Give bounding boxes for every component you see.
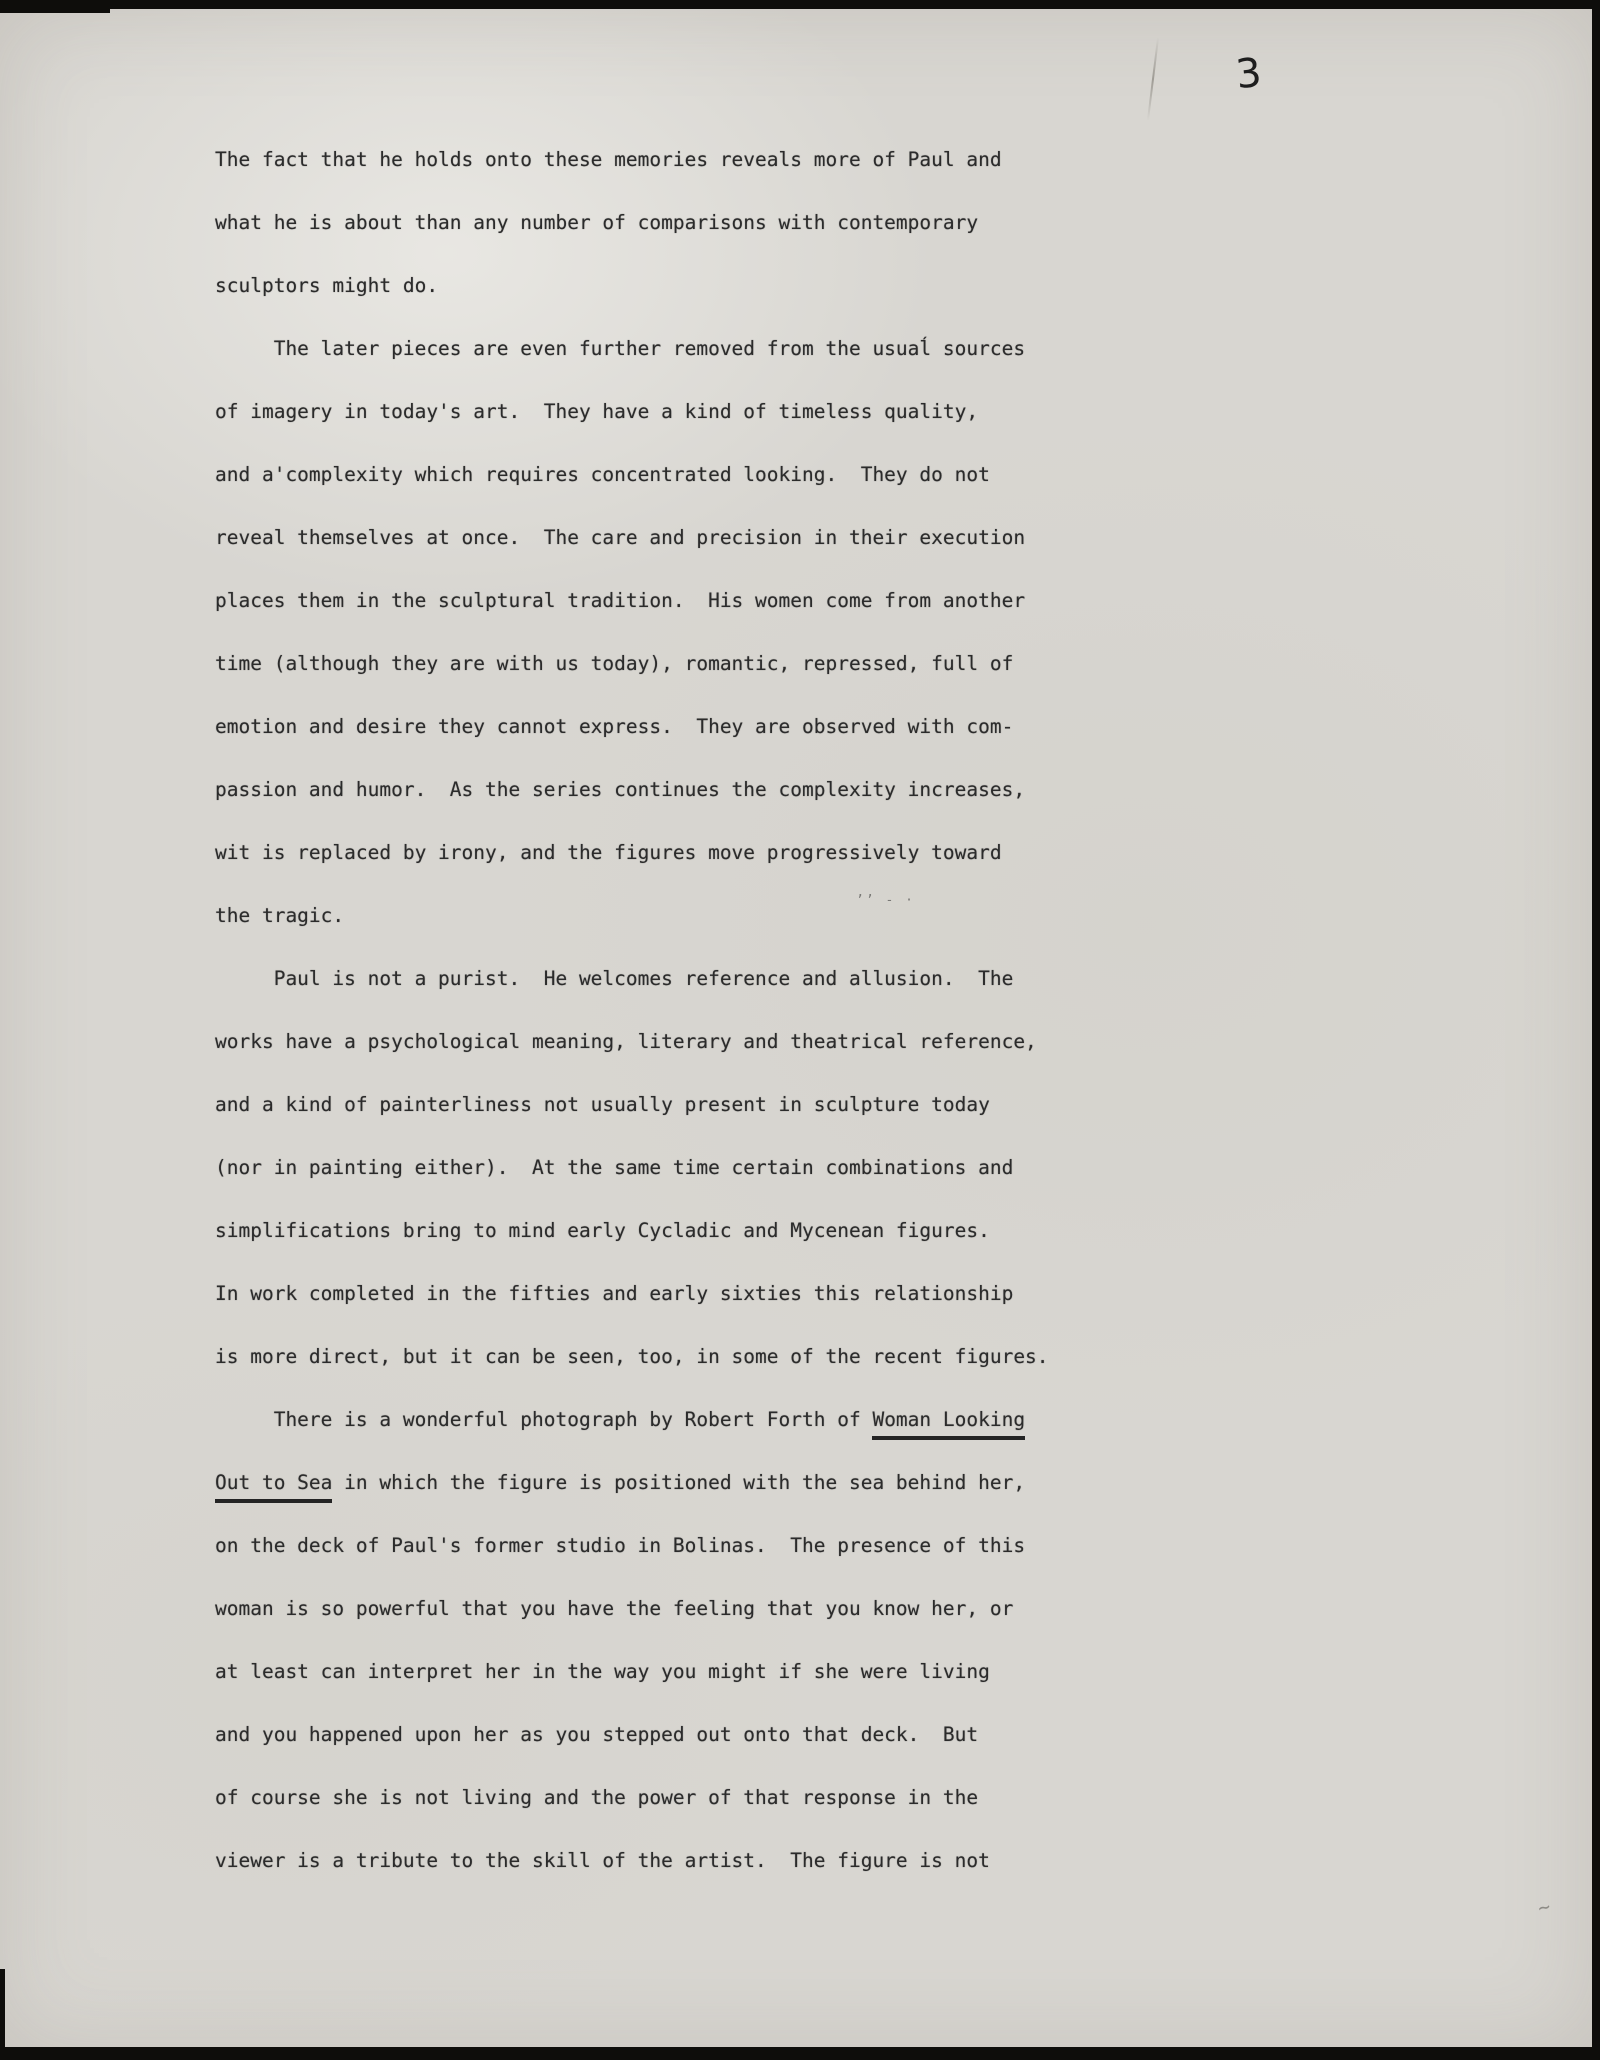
typed-text-segment: works have a psychological meaning, lite… (215, 1030, 1037, 1053)
ink-smudge-mark: ’’ - · (856, 893, 915, 908)
typed-line: The fact that he holds onto these memori… (215, 128, 1049, 191)
typed-text-segment: Paul is not a purist. He welcomes refere… (215, 967, 1013, 990)
typed-text-segment: on the deck of Paul's former studio in B… (215, 1534, 1025, 1557)
typed-text-segment: The later pieces are even further remove… (215, 337, 1025, 360)
typed-text-segment: woman is so powerful that you have the f… (215, 1597, 1013, 1620)
typed-line: There is a wonderful photograph by Rober… (215, 1388, 1049, 1451)
typed-line: and you happened upon her as you stepped… (215, 1703, 1049, 1766)
paper-crease-mark (1147, 37, 1159, 121)
typed-line: the tragic. (215, 884, 1049, 947)
typed-line: and a kind of painterliness not usually … (215, 1073, 1049, 1136)
typed-line: reveal themselves at once. The care and … (215, 506, 1049, 569)
typed-line: viewer is a tribute to the skill of the … (215, 1829, 1049, 1892)
pencil-squiggle-mark: ~ (1535, 1894, 1552, 1920)
typed-text-segment: simplifications bring to mind early Cycl… (215, 1219, 990, 1242)
typed-text-segment: In work completed in the fifties and ear… (215, 1282, 1013, 1305)
typed-text-segment: sculptors might do. (215, 274, 438, 297)
typed-text-segment: of course she is not living and the powe… (215, 1786, 978, 1809)
typed-line: Out to Sea in which the figure is positi… (215, 1451, 1049, 1514)
typed-line: at least can interpret her in the way yo… (215, 1640, 1049, 1703)
typed-line: places them in the sculptural tradition.… (215, 569, 1049, 632)
typed-text-segment: reveal themselves at once. The care and … (215, 526, 1025, 549)
typed-line: emotion and desire they cannot express. … (215, 695, 1049, 758)
typed-line: of imagery in today's art. They have a k… (215, 380, 1049, 443)
typed-line: woman is so powerful that you have the f… (215, 1577, 1049, 1640)
typed-text-segment: time (although they are with us today), … (215, 652, 1013, 675)
typed-text-segment: what he is about than any number of comp… (215, 211, 978, 234)
typed-text-segment: (nor in painting either). At the same ti… (215, 1156, 1013, 1179)
typed-line: works have a psychological meaning, lite… (215, 1010, 1049, 1073)
typed-line: sculptors might do. (215, 254, 1049, 317)
typed-line: Paul is not a purist. He welcomes refere… (215, 947, 1049, 1010)
typed-line: passion and humor. As the series continu… (215, 758, 1049, 821)
typed-text-segment: passion and humor. As the series continu… (215, 778, 1025, 801)
typed-line: The later pieces are even further remove… (215, 317, 1049, 380)
typed-line: is more direct, but it can be seen, too,… (215, 1325, 1049, 1388)
typed-line: time (although they are with us today), … (215, 632, 1049, 695)
typed-text-segment: of imagery in today's art. They have a k… (215, 400, 978, 423)
scanned-paper-page: 3 The fact that he holds onto these memo… (0, 9, 1592, 2047)
typed-text-body: The fact that he holds onto these memori… (215, 128, 1049, 1892)
scan-edge-top-left (0, 0, 110, 13)
typed-line: In work completed in the fifties and ear… (215, 1262, 1049, 1325)
typed-line: (nor in painting either). At the same ti… (215, 1136, 1049, 1199)
typed-text-segment: is more direct, but it can be seen, too,… (215, 1345, 1049, 1368)
typed-text-segment: the tragic. (215, 904, 344, 927)
typed-text-segment: and a'complexity which requires concentr… (215, 463, 990, 486)
underlined-artwork-title: Out to Sea (215, 1471, 332, 1503)
typed-line: what he is about than any number of comp… (215, 191, 1049, 254)
typed-line: and a'complexity which requires concentr… (215, 443, 1049, 506)
typed-line: wit is replaced by irony, and the figure… (215, 821, 1049, 884)
underlined-artwork-title: Woman Looking (872, 1408, 1025, 1440)
scan-edge-bottom-left (0, 1969, 5, 2047)
typed-text-segment: wit is replaced by irony, and the figure… (215, 841, 1002, 864)
typed-text-segment: and a kind of painterliness not usually … (215, 1093, 990, 1116)
typed-text-segment: The fact that he holds onto these memori… (215, 148, 1002, 171)
typed-text-segment: and you happened upon her as you stepped… (215, 1723, 978, 1746)
typed-text-segment: in which the figure is positioned with t… (332, 1471, 1025, 1494)
typed-text-segment: viewer is a tribute to the skill of the … (215, 1849, 990, 1872)
typed-text-segment: places them in the sculptural tradition.… (215, 589, 1025, 612)
page-number: 3 (1234, 50, 1264, 98)
typed-line: simplifications bring to mind early Cycl… (215, 1199, 1049, 1262)
typed-line: of course she is not living and the powe… (215, 1766, 1049, 1829)
typed-text-segment: emotion and desire they cannot express. … (215, 715, 1013, 738)
typed-line: on the deck of Paul's former studio in B… (215, 1514, 1049, 1577)
typed-text-segment: at least can interpret her in the way yo… (215, 1660, 990, 1683)
typed-text-segment: There is a wonderful photograph by Rober… (215, 1408, 872, 1431)
